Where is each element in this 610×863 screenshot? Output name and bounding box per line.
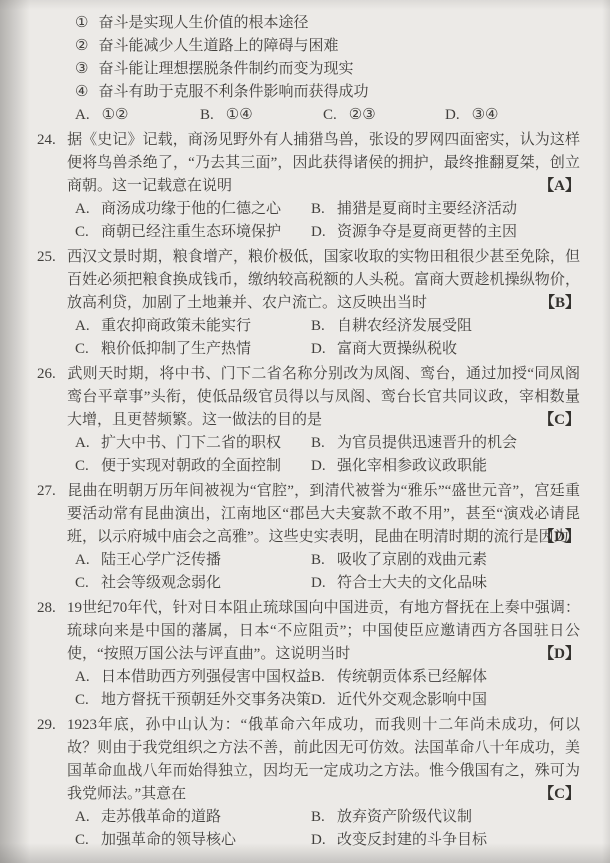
option-text: 社会等级观念弱化 <box>101 575 221 591</box>
option-c: C.商朝已经注重生态环境保护 <box>75 221 311 244</box>
answer-marker: 【D】 <box>539 526 580 549</box>
intro-choices-row: A.①② B.①④ C.②③ D.③④ <box>37 104 580 127</box>
answer-marker: 【D】 <box>539 643 580 666</box>
statement-text: 奋斗能让理想摆脱条件制约而变为现实 <box>98 61 353 77</box>
option-label: B. <box>311 666 337 689</box>
option-label: C. <box>75 689 101 712</box>
choice-value: ③④ <box>472 107 499 123</box>
choice-item: A.①② <box>75 104 200 127</box>
option-a: A.扩大中书、门下二省的职权 <box>75 432 311 455</box>
option-label: A. <box>75 806 101 829</box>
choice-label: B. <box>200 107 214 123</box>
option-text: 传统朝贡体系已经解体 <box>337 669 487 685</box>
option-c: C.便于实现对朝政的全面控制 <box>75 455 311 478</box>
option-text: 加强革命的领导核心 <box>101 832 236 848</box>
option-text: 改变反封建的斗争目标 <box>337 832 487 848</box>
question-number: 27. <box>37 480 67 503</box>
option-d: D.资源争夺是夏商更替的主因 <box>311 221 580 244</box>
answer-marker: 【B】 <box>540 292 580 315</box>
question-number: 26. <box>37 363 67 386</box>
option-text: 商汤成功缘于他的仁德之心 <box>101 201 281 217</box>
statement-number: ① <box>75 15 88 31</box>
option-label: D. <box>311 572 337 595</box>
option-d: D.强化宰相参政议政职能 <box>311 455 580 478</box>
option-label: B. <box>311 549 337 572</box>
question-stem-text: 武则天时期，将中书、门下二省名称分别改为凤阁、鸾台，通过加授“同凤阁鸾台平章事”… <box>67 366 580 428</box>
question-24: 24.据《史记》记载，商汤见野外有人捕猎鸟兽，张设的罗网四面密实，认为这样便将鸟… <box>37 129 580 244</box>
option-text: 近代外交观念影响中国 <box>337 692 487 708</box>
statement-item: ④奋斗有助于克服不利条件影响而获得成功 <box>37 81 580 104</box>
option-text: 强化宰相参政议政职能 <box>337 458 487 474</box>
option-label: C. <box>75 455 101 478</box>
question-27: 27.昆曲在明朝万历年间被视为“官腔”，到清代被誉为“雅乐”“盛世元音”，宫廷重… <box>37 480 580 595</box>
question-stem: 25.西汉文景时期，粮食增产，粮价极低，国家收取的实物田租很少甚至免除，但百姓必… <box>37 246 580 315</box>
statement-item: ③奋斗能让理想摆脱条件制约而变为现实 <box>37 58 580 81</box>
option-label: D. <box>311 338 337 361</box>
statement-text: 奋斗能减少人生道路上的障碍与困难 <box>98 38 338 54</box>
option-b: B.捕猎是夏商时主要经济活动 <box>311 198 580 221</box>
exam-page: ①奋斗是实现人生价值的根本途径 ②奋斗能减少人生道路上的障碍与困难 ③奋斗能让理… <box>0 0 610 852</box>
choice-label: C. <box>323 107 337 123</box>
option-text: 资源争夺是夏商更替的主因 <box>337 224 517 240</box>
option-a: A.走苏俄革命的道路 <box>75 806 311 829</box>
option-b: B.放弃资产阶级代议制 <box>311 806 580 829</box>
option-label: A. <box>75 198 101 221</box>
question-28: 28.19世纪70年代，针对日本阻止琉球国向中国进贡，有地方督抚在上奏中强调：琉… <box>37 597 580 712</box>
option-a: A.日本借助西方列强侵害中国权益 <box>75 666 311 689</box>
option-c: C.加强革命的领导核心 <box>75 829 311 852</box>
option-text: 粮价低抑制了生产热情 <box>101 341 251 357</box>
question-stem: 24.据《史记》记载，商汤见野外有人捕猎鸟兽，张设的罗网四面密实，认为这样便将鸟… <box>37 129 580 198</box>
question-stem: 28.19世纪70年代，针对日本阻止琉球国向中国进贡，有地方督抚在上奏中强调：琉… <box>37 597 580 666</box>
option-d: D.近代外交观念影响中国 <box>311 689 580 712</box>
question-stem: 29.1923年底，孙中山认为：“俄革命六年成功，而我则十二年尚未成功，何以故？… <box>37 714 580 806</box>
option-c: C.粮价低抑制了生产热情 <box>75 338 311 361</box>
options-grid: A.商汤成功缘于他的仁德之心 B.捕猎是夏商时主要经济活动 C.商朝已经注重生态… <box>37 198 580 244</box>
question-stem-text: 1923年底，孙中山认为：“俄革命六年成功，而我则十二年尚未成功，何以故？则由于… <box>67 717 580 802</box>
answer-marker: 【C】 <box>539 409 580 432</box>
option-c: C.地方督抚干预朝廷外交事务决策 <box>75 689 311 712</box>
option-a: A.重农抑商政策未能实行 <box>75 315 311 338</box>
statement-item: ①奋斗是实现人生价值的根本途径 <box>37 12 580 35</box>
option-text: 陆王心学广泛传播 <box>101 552 221 568</box>
choice-label: D. <box>445 107 460 123</box>
option-text: 重农抑商政策未能实行 <box>101 318 251 334</box>
choice-value: ①④ <box>226 107 253 123</box>
option-label: D. <box>311 221 337 244</box>
option-text: 自耕农经济发展受阻 <box>337 318 472 334</box>
option-label: C. <box>75 829 101 852</box>
statement-item: ②奋斗能减少人生道路上的障碍与困难 <box>37 35 580 58</box>
question-stem-text: 据《史记》记载，商汤见野外有人捕猎鸟兽，张设的罗网四面密实，认为这样便将鸟兽杀绝… <box>67 132 580 194</box>
option-label: B. <box>311 806 337 829</box>
option-label: C. <box>75 338 101 361</box>
choice-item: B.①④ <box>200 104 323 127</box>
option-text: 便于实现对朝政的全面控制 <box>101 458 281 474</box>
intro-statements: ①奋斗是实现人生价值的根本途径 ②奋斗能减少人生道路上的障碍与困难 ③奋斗能让理… <box>37 12 580 104</box>
statement-text: 奋斗是实现人生价值的根本途径 <box>98 15 308 31</box>
option-d: D.改变反封建的斗争目标 <box>311 829 580 852</box>
option-label: D. <box>311 455 337 478</box>
options-grid: A.陆王心学广泛传播 B.吸收了京剧的戏曲元素 C.社会等级观念弱化 D.符合士… <box>37 549 580 595</box>
statement-number: ④ <box>75 84 88 100</box>
option-text: 放弃资产阶级代议制 <box>337 809 472 825</box>
option-c: C.社会等级观念弱化 <box>75 572 311 595</box>
option-b: B.自耕农经济发展受阻 <box>311 315 580 338</box>
choice-value: ①② <box>102 107 129 123</box>
option-text: 日本借助西方列强侵害中国权益 <box>101 669 311 685</box>
statement-number: ③ <box>75 61 88 77</box>
question-stem-text: 西汉文景时期，粮食增产，粮价极低，国家收取的实物田租很少甚至免除，但百姓必须把粮… <box>67 249 580 311</box>
option-text: 富商大贾操纵税收 <box>337 341 457 357</box>
option-label: B. <box>311 198 337 221</box>
question-stem-text: 昆曲在明朝万历年间被视为“官腔”，到清代被誉为“雅乐”“盛世元音”，宫廷重要活动… <box>67 483 580 545</box>
option-label: A. <box>75 315 101 338</box>
option-label: D. <box>311 829 337 852</box>
option-d: D.富商大贾操纵税收 <box>311 338 580 361</box>
option-label: B. <box>311 315 337 338</box>
options-grid: A.走苏俄革命的道路 B.放弃资产阶级代议制 C.加强革命的领导核心 D.改变反… <box>37 806 580 852</box>
option-label: A. <box>75 549 101 572</box>
option-b: B.吸收了京剧的戏曲元素 <box>311 549 580 572</box>
option-d: D.符合士大夫的文化品味 <box>311 572 580 595</box>
answer-marker: 【A】 <box>539 175 580 198</box>
option-label: C. <box>75 572 101 595</box>
options-grid: A.日本借助西方列强侵害中国权益 B.传统朝贡体系已经解体 C.地方督抚干预朝廷… <box>37 666 580 712</box>
option-label: D. <box>311 689 337 712</box>
choice-value: ②③ <box>349 107 376 123</box>
option-label: A. <box>75 666 101 689</box>
question-stem-text: 19世纪70年代，针对日本阻止琉球国向中国进贡，有地方督抚在上奏中强调：琉球向来… <box>67 600 580 662</box>
question-number: 25. <box>37 246 67 269</box>
question-number: 28. <box>37 597 67 620</box>
answer-marker: 【C】 <box>539 783 580 806</box>
question-25: 25.西汉文景时期，粮食增产，粮价极低，国家收取的实物田租很少甚至免除，但百姓必… <box>37 246 580 361</box>
option-text: 商朝已经注重生态环境保护 <box>101 224 281 240</box>
option-label: C. <box>75 221 101 244</box>
option-a: A.陆王心学广泛传播 <box>75 549 311 572</box>
option-a: A.商汤成功缘于他的仁德之心 <box>75 198 311 221</box>
options-grid: A.重农抑商政策未能实行 B.自耕农经济发展受阻 C.粮价低抑制了生产热情 D.… <box>37 315 580 361</box>
options-grid: A.扩大中书、门下二省的职权 B.为官员提供迅速晋升的机会 C.便于实现对朝政的… <box>37 432 580 478</box>
statement-text: 奋斗有助于克服不利条件影响而获得成功 <box>98 84 368 100</box>
option-label: B. <box>311 432 337 455</box>
choice-item: C.②③ <box>323 104 445 127</box>
question-26: 26.武则天时期，将中书、门下二省名称分别改为凤阁、鸾台，通过加授“同凤阁鸾台平… <box>37 363 580 478</box>
question-number: 29. <box>37 714 67 737</box>
option-text: 符合士大夫的文化品味 <box>337 575 487 591</box>
question-29: 29.1923年底，孙中山认为：“俄革命六年成功，而我则十二年尚未成功，何以故？… <box>37 714 580 852</box>
question-stem: 27.昆曲在明朝万历年间被视为“官腔”，到清代被誉为“雅乐”“盛世元音”，宫廷重… <box>37 480 580 549</box>
choice-item: D.③④ <box>445 104 580 127</box>
question-number: 24. <box>37 129 67 152</box>
option-text: 走苏俄革命的道路 <box>101 809 221 825</box>
option-text: 吸收了京剧的戏曲元素 <box>337 552 487 568</box>
option-text: 地方督抚干预朝廷外交事务决策 <box>101 692 311 708</box>
option-label: A. <box>75 432 101 455</box>
statement-number: ② <box>75 38 88 54</box>
option-text: 捕猎是夏商时主要经济活动 <box>337 201 517 217</box>
option-b: B.传统朝贡体系已经解体 <box>311 666 580 689</box>
option-b: B.为官员提供迅速晋升的机会 <box>311 432 580 455</box>
choice-label: A. <box>75 107 90 123</box>
option-text: 为官员提供迅速晋升的机会 <box>337 435 517 451</box>
option-text: 扩大中书、门下二省的职权 <box>101 435 281 451</box>
question-stem: 26.武则天时期，将中书、门下二省名称分别改为凤阁、鸾台，通过加授“同凤阁鸾台平… <box>37 363 580 432</box>
